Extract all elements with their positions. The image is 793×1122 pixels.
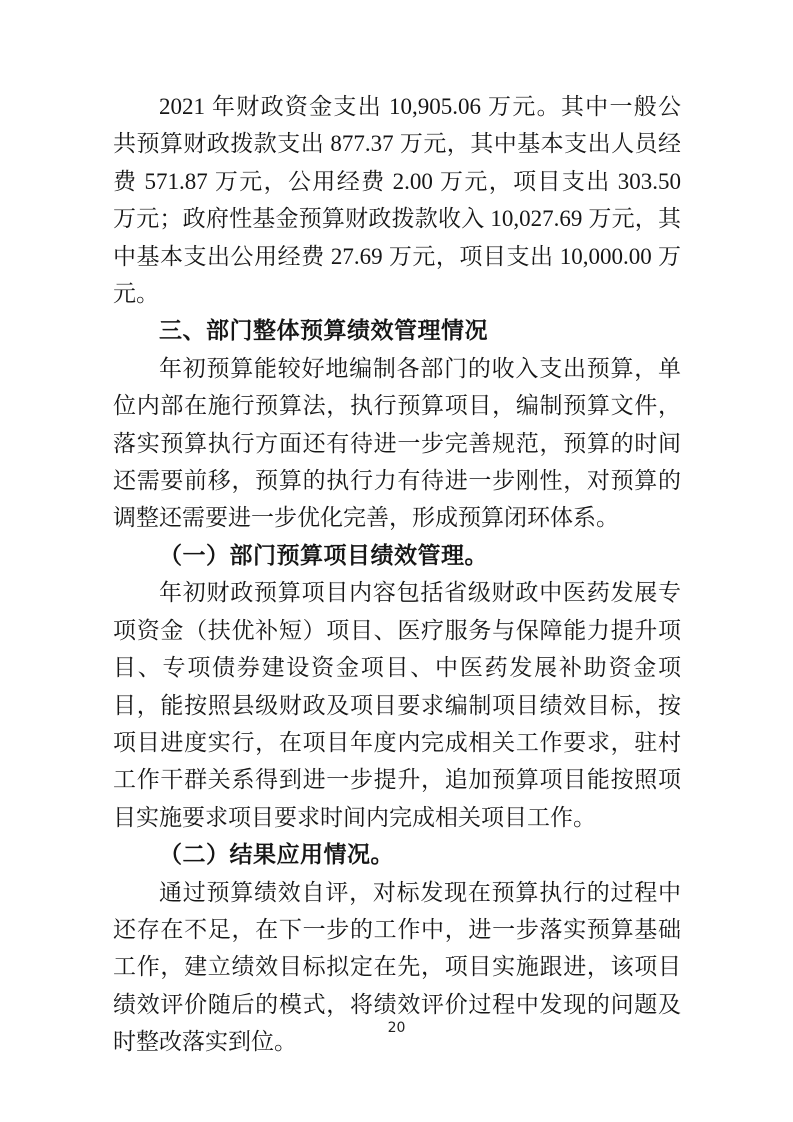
- subsection-heading-project-performance-management: （一）部门预算项目绩效管理。: [113, 537, 681, 574]
- document-body: 2021 年财政资金支出 10,905.06 万元。其中一般公共预算财政拨款支出…: [113, 88, 681, 1061]
- section-heading-budget-performance-management: 三、部门整体预算绩效管理情况: [113, 312, 681, 349]
- paragraph-project-performance-details: 年初财政预算项目内容包括省级财政中医药发展专项资金（扶优补短）项目、医疗服务与保…: [113, 574, 681, 836]
- paragraph-2021-fiscal-expenditure: 2021 年财政资金支出 10,905.06 万元。其中一般公共预算财政拨款支出…: [113, 88, 681, 312]
- document-page: 2021 年财政资金支出 10,905.06 万元。其中一般公共预算财政拨款支出…: [0, 0, 793, 1122]
- page-number: 20: [0, 1020, 793, 1036]
- paragraph-budget-preparation-overview: 年初预算能较好地编制各部门的收入支出预算，单位内部在施行预算法，执行预算项目，编…: [113, 350, 681, 537]
- subsection-heading-result-application: （二）结果应用情况。: [113, 836, 681, 873]
